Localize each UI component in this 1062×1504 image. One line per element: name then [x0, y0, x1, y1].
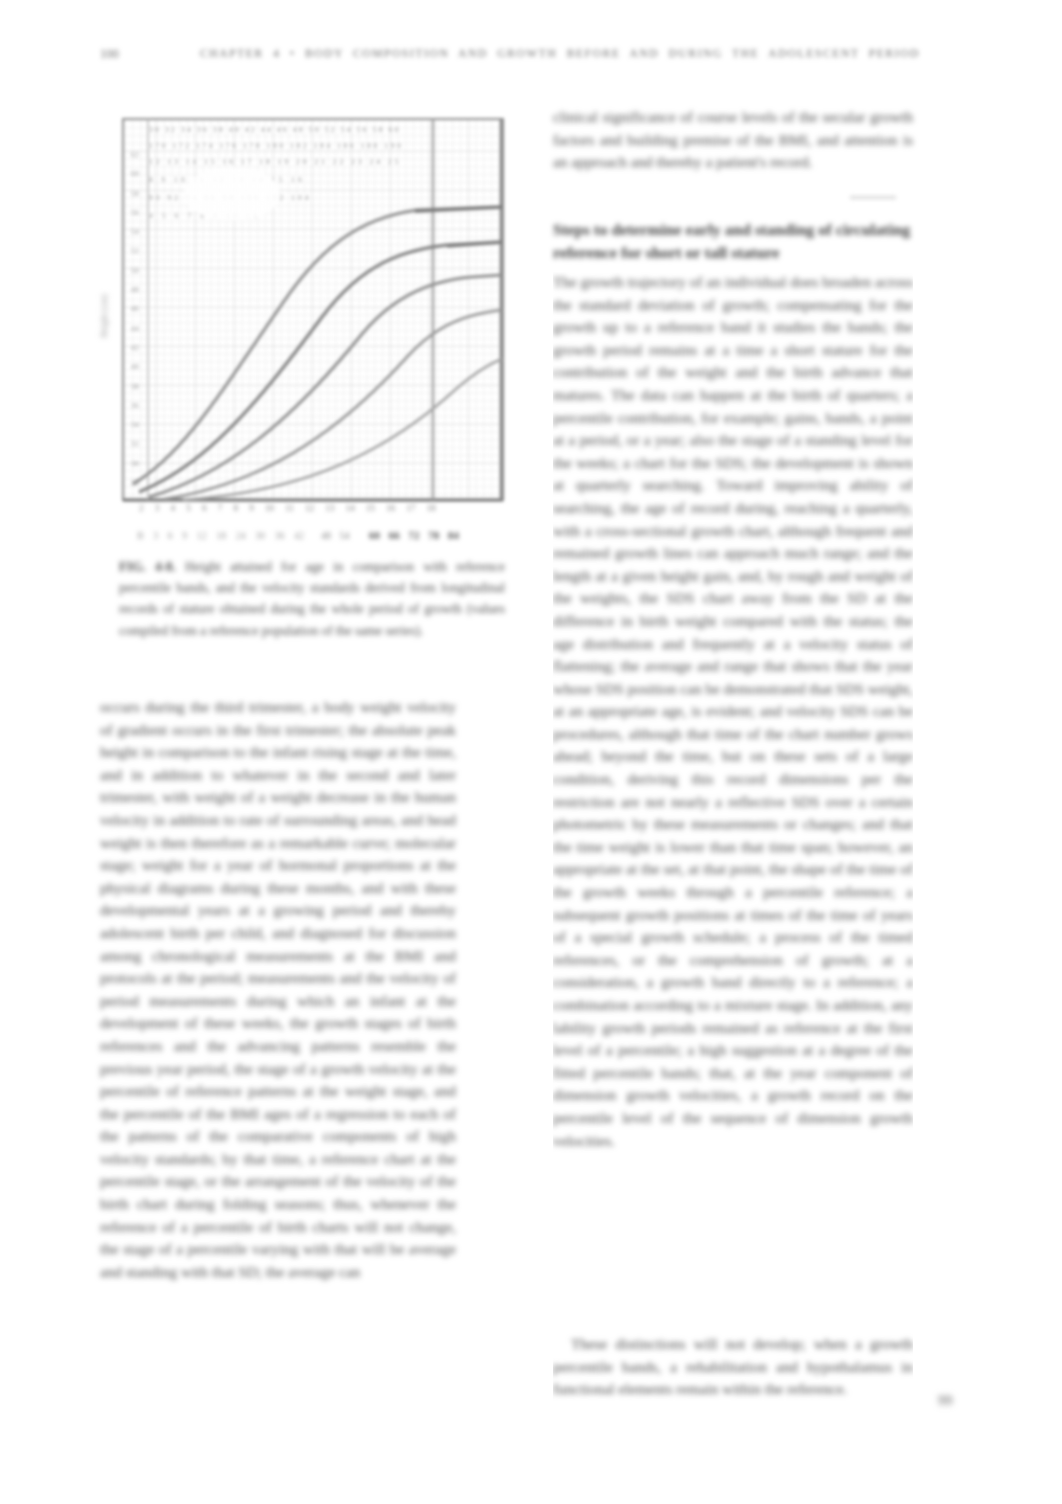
- left-column: occurs during the third trimester, a bod…: [100, 697, 456, 1409]
- growth-chart-figure: 30 32 34 36 38 40 42 44 46 48 50 52 54 5…: [117, 112, 507, 504]
- right-column-closing-paragraph: These distinctions will not develop; whe…: [553, 1334, 913, 1402]
- right-column-body-block: The growth trajectory of an individual d…: [553, 272, 913, 1334]
- chart-number-row: 30 32 34 36 38 40 42 44 46 48 50 52 54 5…: [149, 125, 401, 134]
- header-chapter-title: CHAPTER 4 • BODY COMPOSITION AND GROWTH …: [200, 48, 880, 60]
- scan-light-patch: [184, 167, 280, 221]
- right-column-intro: clinical significance of course levels o…: [553, 107, 913, 199]
- header-page-number: 100: [100, 47, 119, 62]
- chart-legend-strip: B 3 6 9 12 18 24 30 36 42 48 54 60 66 72…: [137, 526, 505, 546]
- left-column-paragraph: occurs during the third trimester, a bod…: [100, 697, 456, 1284]
- chart-y-axis-label: Height (cm): [99, 294, 109, 338]
- chart-number-row: 12 13 14 15 16 17 18 19 20 21 22 23 24 2…: [149, 157, 401, 166]
- legend-segment-light: B 3 6 9 12 18 24 30 36 42: [137, 531, 321, 542]
- scanned-document-page: { "header": { "page_number": "100", "tit…: [0, 0, 1062, 1504]
- growth-chart-plot: 30 32 34 36 38 40 42 44 46 48 50 52 54 5…: [117, 112, 507, 504]
- right-column-intro-paragraph: clinical significance of course levels o…: [553, 107, 913, 175]
- figure-caption-text: Height attained for age in comparison wi…: [119, 559, 505, 638]
- chart-x-axis-ticks: 2 3 4 5 6 7 8 9 10 11 12 13 14 15 16 17 …: [139, 503, 507, 513]
- legend-segment-medium: 48 54: [321, 531, 369, 542]
- right-column-body-paragraph: The growth trajectory of an individual d…: [553, 272, 913, 1153]
- section-heading: Steps to determine early and standing of…: [553, 219, 913, 267]
- legend-segment-dark: 60 66 72 78 84: [369, 530, 505, 542]
- figure-caption-label: FIG. 4-8.: [119, 559, 176, 574]
- chart-y-axis-ticks: 62 60 58 56 54 52 50 48 46 44 42 40 38 3…: [131, 146, 139, 493]
- chart-number-row: 170 172 174 176 178 180 182 184 186 188 …: [149, 141, 403, 150]
- right-column-closing-block: These distinctions will not develop; whe…: [553, 1334, 913, 1402]
- footer-page-number: 99: [938, 1393, 953, 1410]
- figure-caption: FIG. 4-8. Height attained for age in com…: [119, 556, 505, 664]
- right-column: The growth trajectory of an individual d…: [553, 272, 913, 1412]
